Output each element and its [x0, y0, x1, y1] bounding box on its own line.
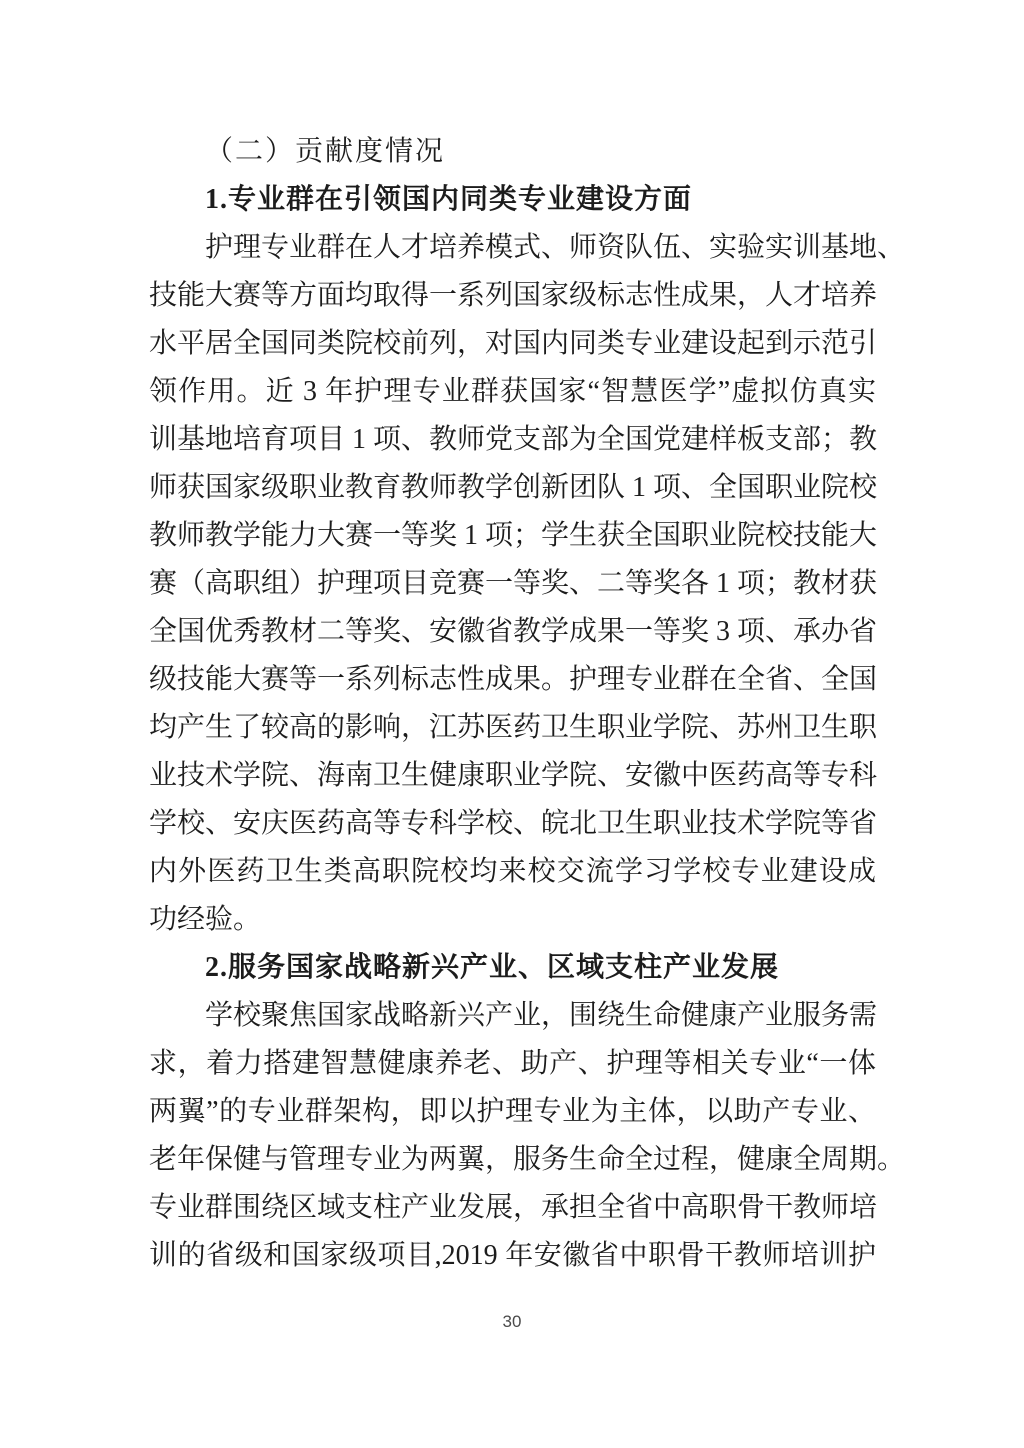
paragraph-line: 学校、安庆医药高等专科学校、皖北卫生职业技术学院等省 [149, 800, 876, 848]
paragraph-line: 功经验。 [149, 896, 876, 944]
paragraph-1: 护理专业群在人才培养模式、师资队伍、实验实训基地、 技能大赛等方面均取得一系列国… [149, 224, 876, 944]
paragraph-line: 赛（高职组）护理项目竞赛一等奖、二等奖各 1 项；教材获 [149, 560, 876, 608]
paragraph-line: 学校聚焦国家战略新兴产业，围绕生命健康产业服务需 [149, 992, 876, 1040]
paragraph-line: 级技能大赛等一系列标志性成果。护理专业群在全省、全国 [149, 656, 876, 704]
paragraph-line: 师获国家级职业教育教师教学创新团队 1 项、全国职业院校 [149, 464, 876, 512]
paragraph-line: 老年保健与管理专业为两翼，服务生命全过程，健康全周期。 [149, 1136, 876, 1184]
paragraph-line: 全国优秀教材二等奖、安徽省教学成果一等奖 3 项、承办省 [149, 608, 876, 656]
paragraph-line: 训基地培育项目 1 项、教师党支部为全国党建样板支部；教 [149, 416, 876, 464]
paragraph-line: 求，着力搭建智慧健康养老、助产、护理等相关专业“一体 [149, 1040, 876, 1088]
paragraph-line: 护理专业群在人才培养模式、师资队伍、实验实训基地、 [149, 224, 876, 272]
paragraph-line: 领作用。近 3 年护理专业群获国家“智慧医学”虚拟仿真实 [149, 368, 876, 416]
subsection-1-heading: 1.专业群在引领国内同类专业建设方面 [149, 176, 876, 224]
document-page: （二）贡献度情况 1.专业群在引领国内同类专业建设方面 护理专业群在人才培养模式… [0, 0, 1024, 1448]
page-number: 30 [503, 1312, 522, 1332]
paragraph-2: 学校聚焦国家战略新兴产业，围绕生命健康产业服务需 求，着力搭建智慧健康养老、助产… [149, 992, 876, 1280]
paragraph-line: 业技术学院、海南卫生健康职业学院、安徽中医药高等专科 [149, 752, 876, 800]
paragraph-line: 均产生了较高的影响，江苏医药卫生职业学院、苏州卫生职 [149, 704, 876, 752]
section-heading: （二）贡献度情况 [149, 128, 876, 176]
page-content: （二）贡献度情况 1.专业群在引领国内同类专业建设方面 护理专业群在人才培养模式… [149, 128, 876, 1280]
paragraph-line: 教师教学能力大赛一等奖 1 项；学生获全国职业院校技能大 [149, 512, 876, 560]
paragraph-line: 专业群围绕区域支柱产业发展，承担全省中高职骨干教师培 [149, 1184, 876, 1232]
subsection-2-heading: 2.服务国家战略新兴产业、区域支柱产业发展 [149, 944, 876, 992]
paragraph-line: 水平居全国同类院校前列，对国内同类专业建设起到示范引 [149, 320, 876, 368]
paragraph-line: 两翼”的专业群架构，即以护理专业为主体，以助产专业、 [149, 1088, 876, 1136]
paragraph-line: 训的省级和国家级项目,2019 年安徽省中职骨干教师培训护 [149, 1232, 876, 1280]
paragraph-line: 内外医药卫生类高职院校均来校交流学习学校专业建设成 [149, 848, 876, 896]
paragraph-line: 技能大赛等方面均取得一系列国家级标志性成果，人才培养 [149, 272, 876, 320]
page-footer: 30 [0, 1312, 1024, 1332]
